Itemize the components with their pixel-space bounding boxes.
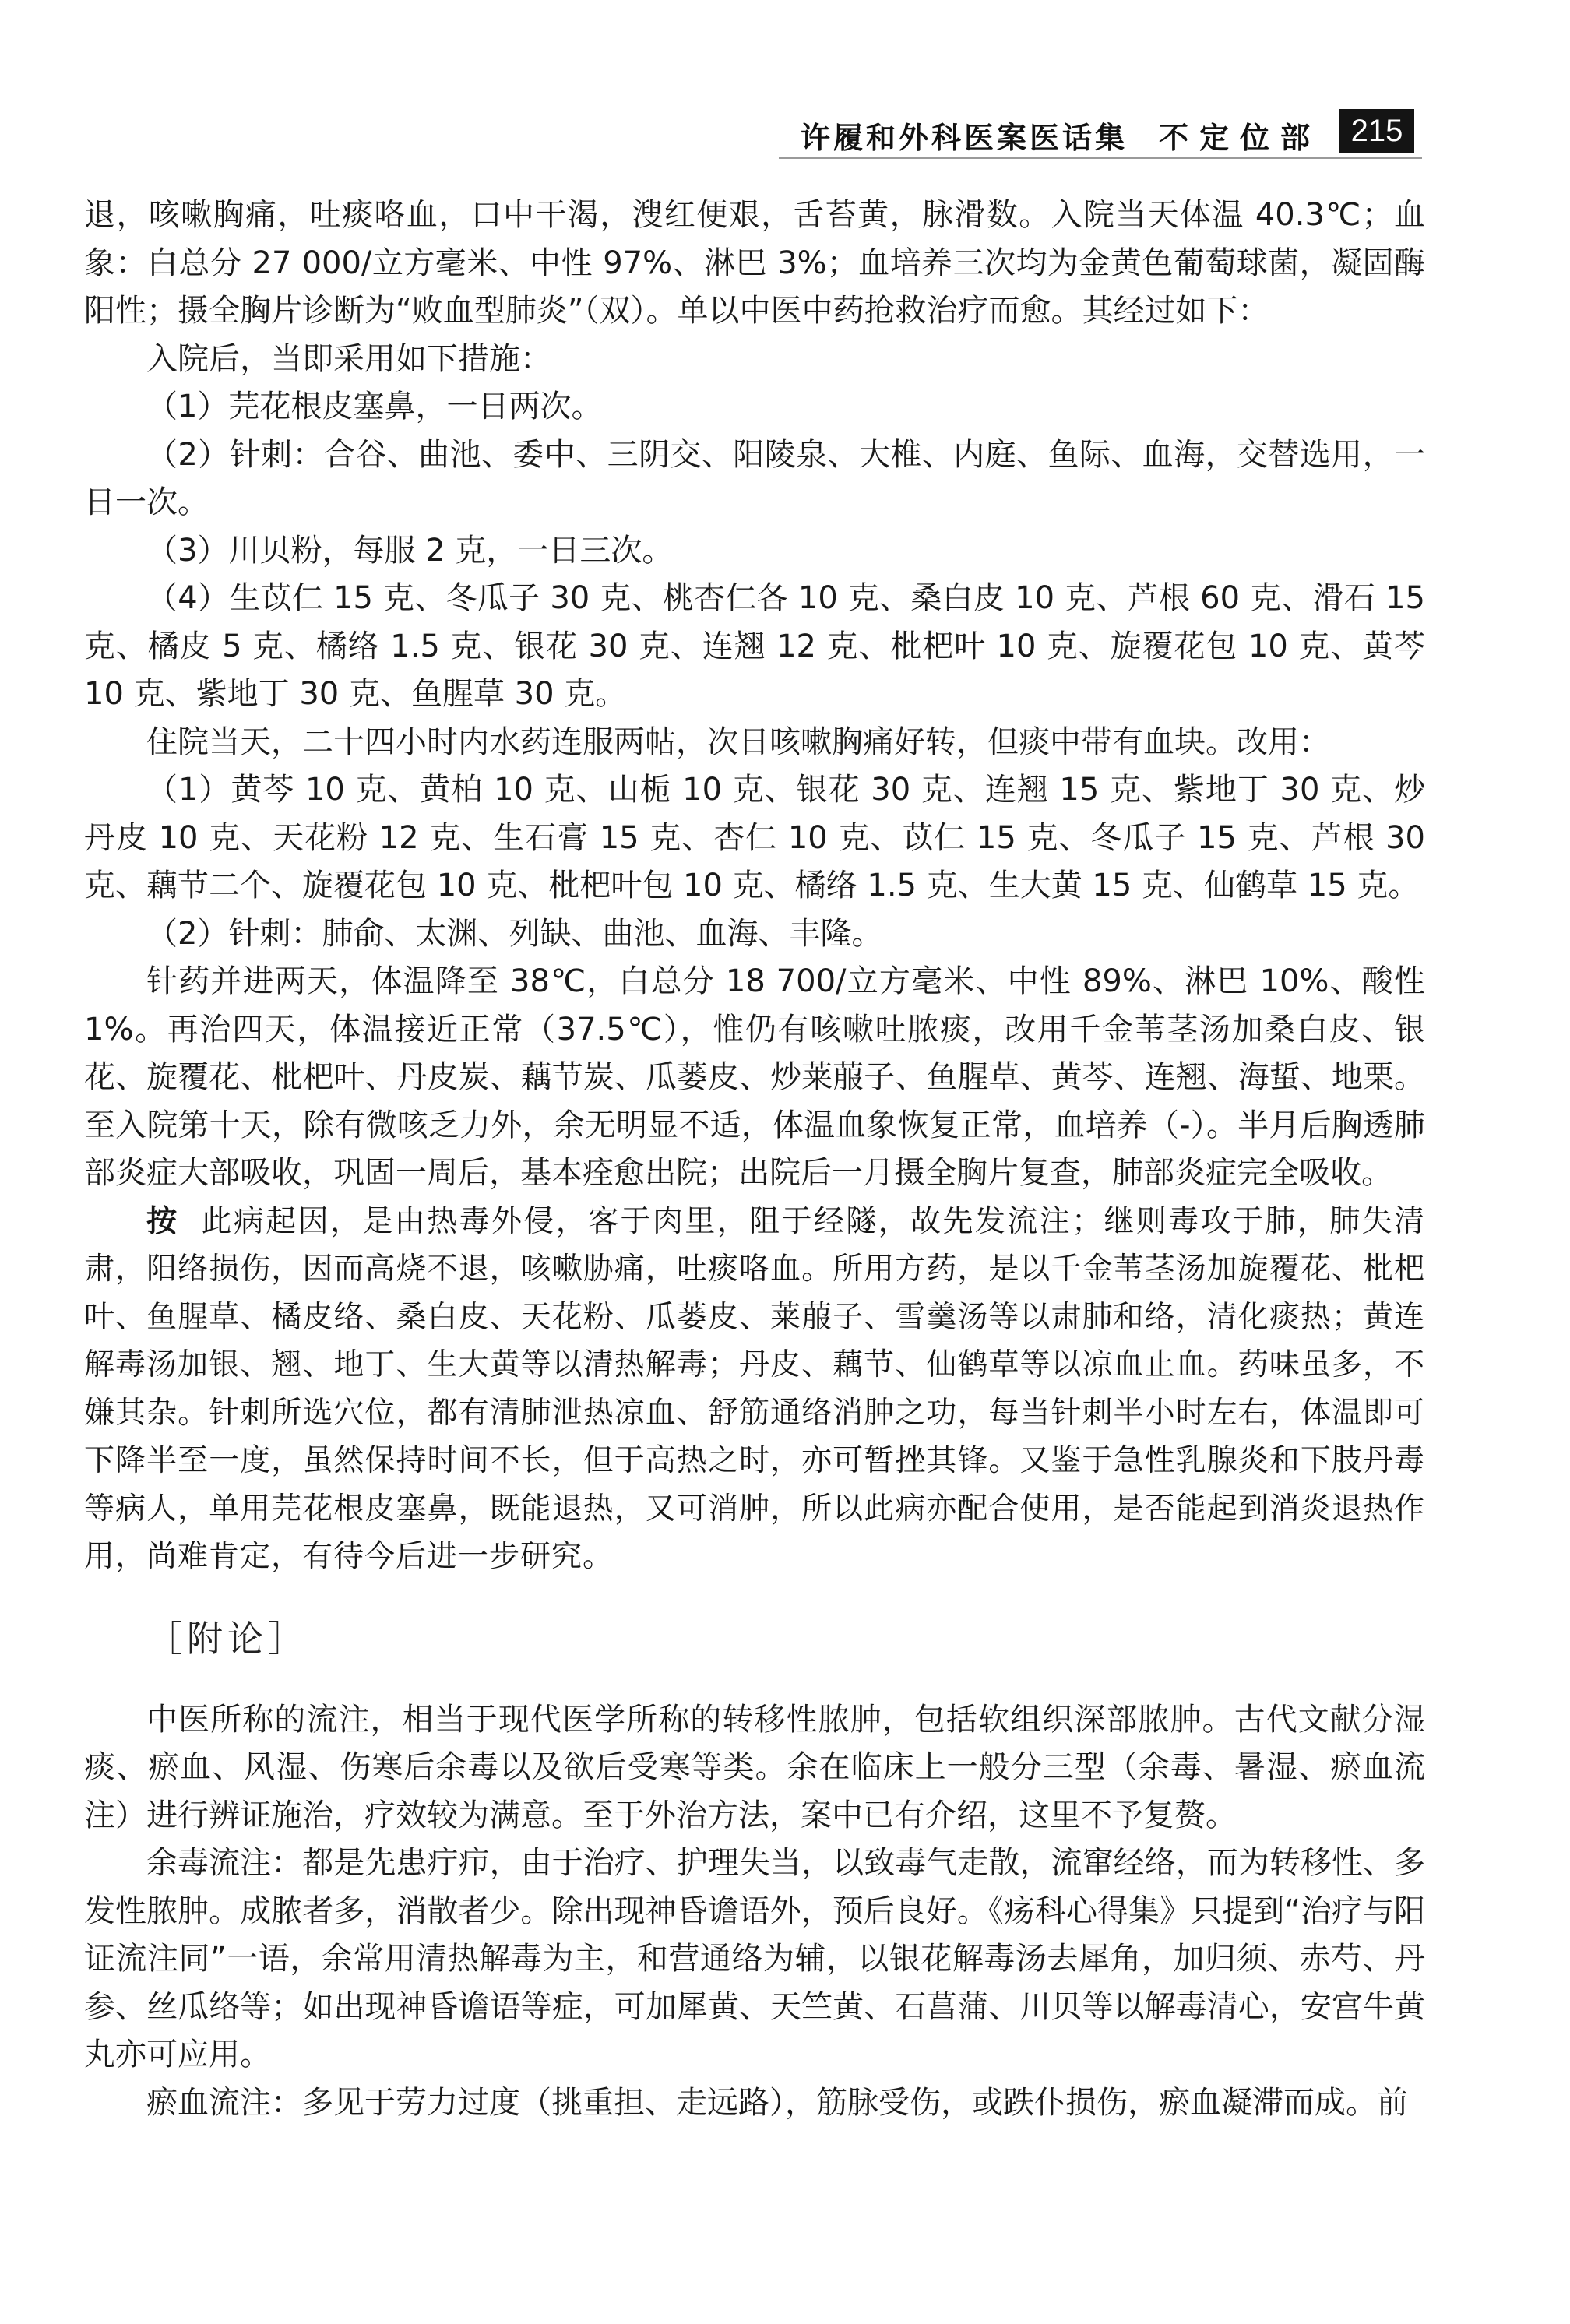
running-header: 许履和外科医案医话集 不定位部 215 — [779, 109, 1422, 157]
treatment-item: （2）针刺：肺俞、太渊、列缺、曲池、血海、丰隆。 — [84, 910, 1425, 959]
note-text: 此病起因，是由热毒外侵，客于肉里，阻于经隧，故先发流注；继则毒攻于肺，肺失清肃，… — [84, 1204, 1425, 1575]
treatment-item: （1）黄芩 10 克、黄柏 10 克、山栀 10 克、银花 30 克、连翘 15… — [84, 766, 1425, 910]
treatment-item: （3）川贝粉，每服 2 克，一日三次。 — [84, 527, 1425, 576]
appendix-paragraph: 余毒流注：都是先患疔疖，由于治疗、护理失当，以致毒气走散，流窜经络，而为转移性、… — [84, 1840, 1425, 2079]
section-title: 不定位部 — [1159, 114, 1321, 157]
header-divider — [779, 157, 1422, 159]
book-title: 许履和外科医案医话集 — [801, 114, 1128, 157]
treatment-item: （1）芫花根皮塞鼻，一日两次。 — [84, 383, 1425, 431]
appendix-paragraph: 中医所称的流注，相当于现代医学所称的转移性脓肿，包括软组织深部脓肿。古代文献分湿… — [84, 1696, 1425, 1840]
page-number: 215 — [1339, 109, 1414, 153]
case-paragraph: 入院后，当即采用如下措施： — [84, 336, 1425, 384]
note-label: 按 — [146, 1203, 178, 1239]
case-paragraph: 退，咳嗽胸痛，吐痰咯血，口中干渴，溲红便艰，舌苔黄，脉滑数。入院当天体温 40.… — [84, 192, 1425, 336]
treatment-item: （4）生苡仁 15 克、冬瓜子 30 克、桃杏仁各 10 克、桑白皮 10 克、… — [84, 575, 1425, 719]
appendix-paragraph: 瘀血流注：多见于劳力过度（挑重担、走远路），筋脉受伤，或跌仆损伤，瘀血凝滞而成。… — [84, 2079, 1425, 2128]
case-paragraph: 住院当天，二十四小时内水药连服两帖，次日咳嗽胸痛好转，但痰中带有血块。改用： — [84, 719, 1425, 767]
page-body: 退，咳嗽胸痛，吐痰咯血，口中干渴，溲红便艰，舌苔黄，脉滑数。入院当天体温 40.… — [84, 192, 1425, 2127]
treatment-item: （2）针刺：合谷、曲池、委中、三阴交、阳陵泉、大椎、内庭、鱼际、血海，交替选用，… — [84, 431, 1425, 527]
commentary-note: 按此病起因，是由热毒外侵，客于肉里，阻于经隧，故先发流注；继则毒攻于肺，肺失清肃… — [84, 1198, 1425, 1581]
appendix-heading: ［附论］ — [146, 1607, 1425, 1670]
case-paragraph: 针药并进两天，体温降至 38℃，白总分 18 700/立方毫米、中性 89%、淋… — [84, 958, 1425, 1198]
